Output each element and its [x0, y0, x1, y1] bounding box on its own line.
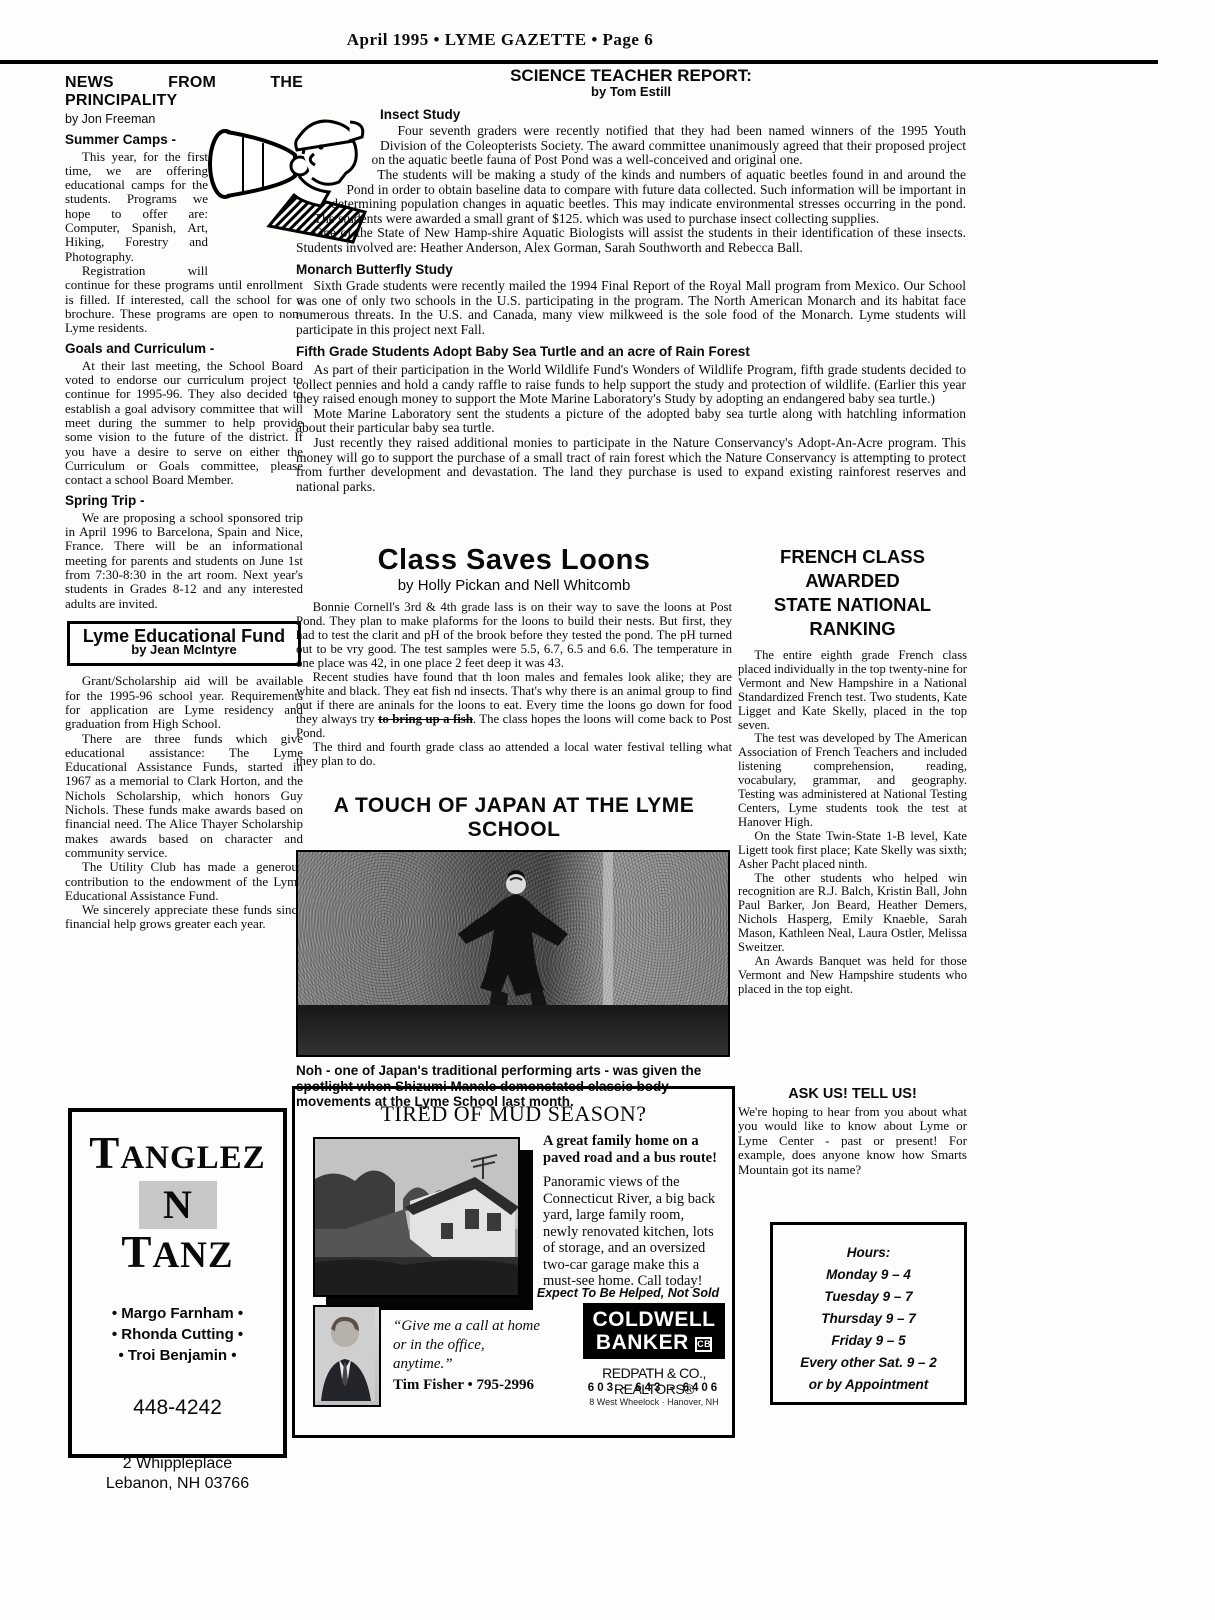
- loons-para1: Bonnie Cornell's 3rd & 4th grade lass is…: [296, 600, 732, 670]
- agent-quote-line2: or in the office, anytime.”: [393, 1336, 543, 1374]
- monarch-para1: Sixth Grade students were recently maile…: [296, 279, 966, 337]
- french-para3: On the State Twin-State 1-B level, Kate …: [738, 830, 967, 872]
- japan-section: A TOUCH OF JAPAN AT THE LYME SCHOOL Noh …: [296, 794, 732, 1110]
- turtle-para2: Mote Marine Laboratory sent the students…: [296, 407, 966, 436]
- science-title: SCIENCE TEACHER REPORT:: [296, 66, 966, 85]
- french-class-column: FRENCH CLASS AWARDED STATE NATIONAL RANK…: [738, 545, 967, 997]
- japan-title: A TOUCH OF JAPAN AT THE LYME SCHOOL: [296, 794, 732, 842]
- turtle-heading: Fifth Grade Students Adopt Baby Sea Turt…: [296, 345, 966, 360]
- loons-struck-text: to bring up a fish: [378, 712, 473, 726]
- agent-quote: “Give me a call at home or in the office…: [393, 1317, 543, 1395]
- french-para5: An Awards Banquet was held for those Ver…: [738, 955, 967, 997]
- fund-para3: The Utility Club has made a generous con…: [65, 860, 303, 903]
- french-title-line4: RANKING: [738, 617, 967, 641]
- mud-season-ad: TIRED OF MUD SEASON? A great family hom: [292, 1086, 735, 1438]
- redpath-address: 8 West Wheelock · Hanover, NH: [577, 1397, 731, 1407]
- science-byline: by Tom Estill: [296, 85, 966, 100]
- educational-fund-title: Lyme Educational Fund: [72, 629, 296, 643]
- mud-ad-body: Panoramic views of the Connecticut River…: [543, 1174, 717, 1290]
- science-report-column: SCIENCE TEACHER REPORT: by Tom Estill In…: [296, 66, 966, 494]
- fund-para2: There are three funds which give educati…: [65, 732, 303, 861]
- turtle-para1: As part of their participation in the Wo…: [296, 363, 966, 407]
- tanz-initial: T: [121, 1227, 152, 1277]
- spring-trip-heading: Spring Trip -: [65, 494, 303, 508]
- coldwell-logo-line1: COLDWELL: [583, 1308, 725, 1332]
- house-photo-art: [315, 1139, 518, 1295]
- spring-trip-para1: We are proposing a school sponsored trip…: [65, 511, 303, 611]
- hours-row-appointment: or by Appointment: [773, 1377, 964, 1392]
- french-title: FRENCH CLASS AWARDED STATE NATIONAL RANK…: [738, 545, 967, 641]
- french-para2: The test was developed by The American A…: [738, 732, 967, 829]
- agent-name-phone: Tim Fisher • 795-2996: [393, 1376, 543, 1395]
- redpath-phone: 603 - 643 - 6406: [577, 1382, 731, 1394]
- loons-article: Class Saves Loons by Holly Pickan and Ne…: [296, 545, 732, 768]
- noh-performance-photo: [296, 850, 730, 1057]
- turtle-para3: Just recently they raised additional mon…: [296, 436, 966, 494]
- loons-byline: by Holly Pickan and Nell Whitcomb: [296, 579, 732, 593]
- coldwell-cb-mark-icon: CB: [695, 1337, 712, 1352]
- insect-study-heading: Insect Study: [296, 108, 966, 123]
- agent-quote-line1: “Give me a call at home: [393, 1317, 543, 1336]
- agent-photo: [313, 1305, 381, 1407]
- tanglez-phone: 448-4242: [72, 1396, 283, 1420]
- tanglez-address: 2 Whippleplace Lebanon, NH 03766: [72, 1454, 283, 1494]
- mud-ad-copy: A great family home on a paved road and …: [543, 1133, 717, 1290]
- hours-row-thursday: Thursday 9 – 7: [773, 1311, 964, 1326]
- stylist-name-2: • Rhonda Cutting •: [72, 1324, 283, 1345]
- stylist-name-3: • Troi Benjamin •: [72, 1345, 283, 1366]
- hours-row-friday: Friday 9 – 5: [773, 1333, 964, 1348]
- french-title-line1: FRENCH CLASS: [738, 545, 967, 569]
- french-title-line3: STATE NATIONAL: [738, 593, 967, 617]
- house-photo: [313, 1137, 520, 1297]
- insect-para3: One of the State of New Hamp-shire Aquat…: [296, 226, 966, 255]
- hours-row-saturday: Every other Sat. 9 – 2: [773, 1355, 964, 1370]
- monarch-heading: Monarch Butterfly Study: [296, 263, 966, 278]
- educational-fund-box: Lyme Educational Fund by Jean McIntyre: [67, 621, 301, 667]
- tanglez-ad: TANGLEZ N TANZ • Margo Farnham • • Rhond…: [68, 1108, 287, 1458]
- tanglez-initial: T: [89, 1128, 120, 1178]
- coldwell-tagline: Expect To Be Helped, Not Sold: [531, 1286, 725, 1300]
- hours-row-monday: Monday 9 – 4: [773, 1267, 964, 1282]
- ask-us-body: We're hoping to hear from you about what…: [738, 1105, 967, 1178]
- coldwell-logo-text: BANKER: [596, 1331, 689, 1354]
- goals-heading: Goals and Curriculum -: [65, 342, 303, 356]
- ask-us-section: ASK US! TELL US! We're hoping to hear fr…: [738, 1087, 967, 1177]
- coldwell-banker-logo: COLDWELL BANKER CB: [583, 1303, 725, 1359]
- hours-box: Hours: Monday 9 – 4 Tuesday 9 – 7 Thursd…: [770, 1222, 967, 1405]
- ask-us-title: ASK US! TELL US!: [738, 1087, 967, 1102]
- tanglez-rest: ANGLEZ: [120, 1140, 265, 1176]
- fund-para1: Grant/Scholarship aid will be available …: [65, 674, 303, 731]
- french-title-line2: AWARDED: [738, 569, 967, 593]
- summer-camps-para2: Registration will continue for these pro…: [65, 264, 303, 335]
- agent-portrait-icon: [315, 1307, 375, 1401]
- newspaper-page: April 1995 • LYME GAZETTE • Page 6 NEWS …: [0, 0, 1215, 1620]
- tanglez-n-highlight: N: [139, 1181, 217, 1229]
- tanglez-wordmark-line3: TANZ: [72, 1233, 283, 1275]
- header-rule: [0, 60, 1158, 64]
- hours-row-tuesday: Tuesday 9 – 7: [773, 1289, 964, 1304]
- fund-para4: We sincerely appreciate these funds sinc…: [65, 903, 303, 932]
- mud-ad-lead: A great family home on a paved road and …: [543, 1133, 717, 1166]
- tanglez-wordmark-line1: TANGLEZ: [72, 1136, 283, 1175]
- french-para4: The other students who helped win recogn…: [738, 872, 967, 955]
- hours-title: Hours:: [773, 1245, 964, 1260]
- stylist-names: • Margo Farnham • • Rhonda Cutting • • T…: [72, 1303, 283, 1366]
- stylist-name-1: • Margo Farnham •: [72, 1303, 283, 1324]
- mud-ad-title: TIRED OF MUD SEASON?: [295, 1101, 732, 1127]
- loons-title: Class Saves Loons: [296, 545, 732, 576]
- coldwell-logo-line2: BANKER CB: [583, 1332, 725, 1354]
- loons-para3: The third and fourth grade class ao atte…: [296, 740, 732, 768]
- tanz-rest: ANZ: [152, 1235, 233, 1276]
- photo-light-band: [603, 852, 613, 1005]
- educational-fund-body: Grant/Scholarship aid will be available …: [65, 674, 303, 931]
- page-header: April 1995 • LYME GAZETTE • Page 6: [0, 30, 1000, 50]
- insect-para2: The students will be making a study of t…: [296, 168, 966, 226]
- photo-stage-floor: [298, 1005, 728, 1055]
- insect-para1: Four seventh graders were recently notif…: [296, 124, 966, 168]
- french-para1: The entire eighth grade French class pla…: [738, 649, 967, 732]
- goals-para1: At their last meeting, the School Board …: [65, 359, 303, 488]
- tanglez-address-line1: 2 Whippleplace: [72, 1454, 283, 1474]
- tanglez-address-line2: Lebanon, NH 03766: [72, 1474, 283, 1494]
- loons-para2: Recent studies have found that th loon m…: [296, 670, 732, 740]
